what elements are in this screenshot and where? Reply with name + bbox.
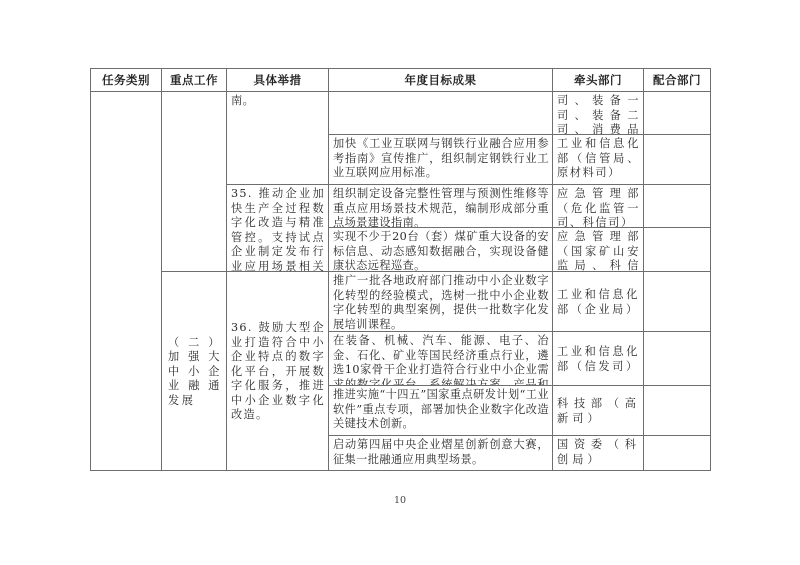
lead-dept-cell: 科技部（高新司）	[552, 385, 643, 435]
goal-cell	[328, 91, 552, 134]
goal-cell: 加快《工业互联网与钢铁行业融合应用参考指南》宣传推广，组织制定钢铁行业工业互联网…	[328, 134, 552, 184]
support-dept-cell	[643, 227, 711, 271]
header-support-dept: 配合部门	[643, 68, 711, 91]
measure-cell-35: 35. 推动企业加快生产全过程数字化改造与精准管控。支持试点企业制定发布行业应用…	[226, 184, 328, 271]
goal-cell: 组织制定设备完整性管理与预测性维修等重点应用场景技术规范，编制形成部分重点场景建…	[328, 184, 552, 227]
goal-cell: 在装备、机械、汽车、能源、电子、冶金、石化、矿业等国民经济重点行业，遴选10家骨…	[328, 331, 552, 385]
measure-cell-36: 36. 鼓励大型企业打造符合中小企业特点的数字化平台，开展数字化服务，推进中小企…	[226, 271, 328, 471]
lead-dept-cell: 工业和信息化部（企业局）	[552, 271, 643, 331]
support-dept-cell	[643, 184, 711, 227]
header-measures: 具体举措	[226, 68, 328, 91]
support-dept-cell	[643, 331, 711, 385]
document-page: 任务类别 重点工作 具体举措 年度目标成果 牵头部门 配合部门 （二）加强大中小…	[0, 0, 800, 565]
header-lead-dept: 牵头部门	[552, 68, 643, 91]
lead-dept-cell: 应急管理部（国家矿山安监局、科信司）	[552, 227, 643, 271]
key-work-text: （二）加强大中小企业融通发展	[168, 336, 222, 409]
goal-cell: 启动第四届中央企业熠星创新创意大赛，征集一批融通应用典型场景。	[328, 435, 552, 471]
support-dept-cell	[643, 435, 711, 471]
support-dept-cell	[643, 385, 711, 435]
lead-dept-cell: 国资委（科创局）	[552, 435, 643, 471]
goal-cell: 实现不少于20台（套）煤矿重大设备的安标信息、动态感知数据融合，实现设备健康状态…	[328, 227, 552, 271]
header-key-work: 重点工作	[161, 68, 226, 91]
goal-cell: 推进实施“十四五”国家重点研发计划“工业软件”重点专项，部署加快企业数字化改造关…	[328, 385, 552, 435]
measure-cell: 南。	[226, 91, 328, 184]
key-work-cell: （二）加强大中小企业融通发展	[161, 271, 226, 471]
support-dept-cell	[643, 91, 711, 134]
support-dept-cell	[643, 271, 711, 331]
header-annual-goals: 年度目标成果	[328, 68, 552, 91]
key-work-cell	[161, 91, 226, 271]
lead-dept-cell: 工业和信息化部（信管局、原材料司）	[552, 134, 643, 184]
support-dept-cell	[643, 134, 711, 184]
lead-dept-cell: 工业和信息化部（信发司）	[552, 331, 643, 385]
lead-dept-text: 科技部（高新司）	[557, 397, 640, 426]
measure-text-36: 36. 鼓励大型企业打造符合中小企业特点的数字化平台，开展数字化服务，推进中小企…	[231, 321, 325, 423]
lead-dept-text: 工业和信息化部（信发司）	[557, 345, 640, 374]
header-task-category: 任务类别	[90, 68, 161, 91]
lead-dept-text: 工业和信息化部（企业局）	[557, 288, 640, 317]
lead-dept-cell: 应急管理部（危化监管一司、科信司）	[552, 184, 643, 227]
goal-cell: 推广一批各地政府部门推动中小企业数字化转型的经验模式，选树一批中小企业数字化转型…	[328, 271, 552, 331]
lead-dept-cell: 司、装备一司、装备二司、消费品司、电子司）	[552, 91, 643, 134]
task-category-cell	[90, 91, 161, 471]
page-number: 10	[390, 495, 410, 506]
